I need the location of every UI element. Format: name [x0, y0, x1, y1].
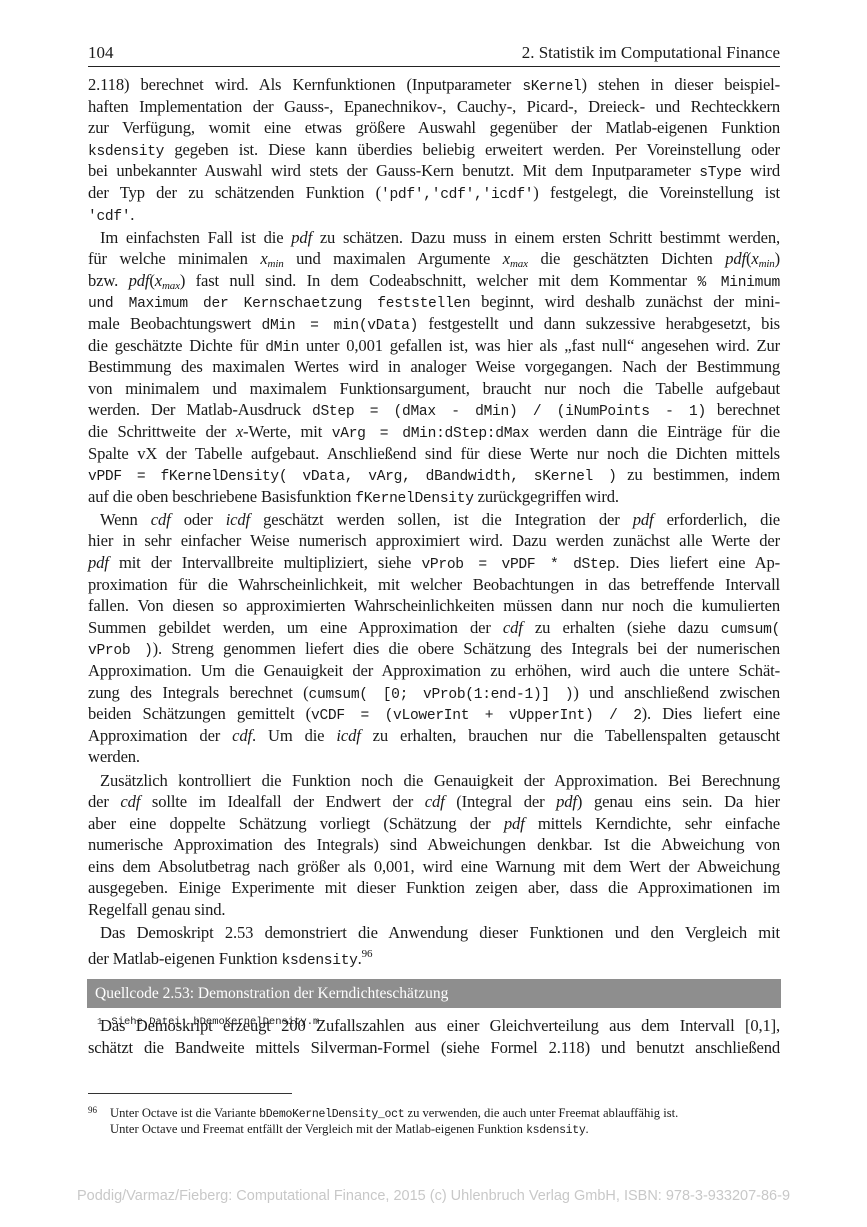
text-run: Spalte vX der Tabelle aufgebaut. Anschli… — [88, 444, 780, 463]
text-run: numerische Approximation des Integrals) … — [88, 835, 780, 854]
text-run: Approximation. Um die Genauigkeit der Ap… — [88, 661, 780, 680]
text-run: und maximalen Argumente — [284, 249, 503, 268]
math-symbol: pdf — [504, 814, 525, 833]
text-line: Approximation der cdf. Um die icdf zu er… — [88, 725, 780, 747]
inline-code: fKernelDensity — [355, 491, 473, 507]
footnote-line: 96Unter Octave ist die Variante bDemoKer… — [88, 1101, 780, 1120]
math-symbol: cdf — [232, 726, 252, 745]
math-symbol: pdf — [291, 228, 312, 247]
math-symbol: cdf — [425, 792, 445, 811]
text-line: vPDF = fKernelDensity( vData, vArg, dBan… — [88, 464, 780, 486]
text-line: für welche minimalen xmin und maximalen … — [88, 248, 780, 270]
text-run: schätzt die Bandweite mittels Silverman-… — [88, 1038, 780, 1057]
text-run: Approximation der — [88, 726, 232, 745]
text-line: Bestimmung des maximalen Wertes wird in … — [88, 356, 780, 378]
text-line: werden. Der Matlab-Ausdruck dStep = (dMa… — [88, 399, 780, 421]
text-run: 2.118) berechnet wird. Als Kernfunktione… — [88, 75, 522, 94]
inline-code: und Maximum der Kernschaetzung feststell… — [88, 296, 470, 312]
text-run: ) — [775, 249, 780, 268]
math-subscript: min — [759, 258, 775, 270]
text-line: ausgegeben. Einige Experimente mit diese… — [88, 877, 780, 899]
text-run: ) festgelegt, die Voreinstellung ist — [533, 183, 780, 202]
text-run: Unter Octave und Freemat entfällt der Ve… — [110, 1122, 526, 1136]
inline-code: dMin = min(vData) — [262, 318, 419, 334]
text-run: beginnt, wird deshalb zunächst der mini- — [470, 292, 780, 311]
text-run: ) stehen in dieser beispiel- — [582, 75, 780, 94]
text-line: Spalte vX der Tabelle aufgebaut. Anschli… — [88, 443, 780, 465]
inline-code: vCDF = (vLowerInt + vUpperInt) / 2 — [311, 708, 642, 724]
text-run: Summen gebildet werden, um eine Approxim… — [88, 618, 503, 637]
paragraph: Das Demoskript 2.53 demonstriert die Anw… — [88, 922, 780, 965]
inline-code: vProb ) — [88, 643, 153, 659]
math-subscript: max — [510, 258, 528, 270]
inline-code: vPDF = fKernelDensity( vData, vArg, dBan… — [88, 469, 617, 485]
text-run: gegeben ist. Diese kann überdies beliebi… — [164, 140, 780, 159]
inline-code: % Minimum — [697, 275, 780, 291]
text-run: ausgegeben. Einige Experimente mit diese… — [88, 878, 780, 897]
text-line: male Beobachtungswert dMin = min(vData) … — [88, 313, 780, 335]
text-run: beiden Schätzungen gemittelt ( — [88, 704, 311, 723]
inline-code: vArg = dMin:dStep:dMax — [332, 426, 529, 442]
text-run: (Integral der — [445, 792, 557, 811]
text-run: festgestellt und dann sukzessive herabge… — [418, 314, 780, 333]
text-run: Streng genommen liefert dies die obere S… — [162, 639, 780, 658]
text-run: der Matlab-eigenen Funktion — [88, 949, 282, 968]
inline-code: 'cdf' — [88, 209, 130, 225]
text-run: werden. — [88, 747, 140, 766]
inline-code: dMin — [265, 340, 299, 356]
text-run: ). Dies liefert eine — [642, 704, 780, 723]
text-run: Zusätzlich kontrolliert die Funktion noc… — [100, 771, 780, 790]
text-run: zung des Integrals berechnet ( — [88, 683, 309, 702]
math-symbol: x — [751, 249, 758, 268]
footnote-divider — [88, 1093, 292, 1094]
text-run: ) genau eins sein. Da hier — [577, 792, 780, 811]
math-symbol: x — [503, 249, 510, 268]
text-run: werden. Der Matlab-Ausdruck — [88, 400, 312, 419]
text-run: bzw. — [88, 271, 129, 290]
text-run: geschätzt werden sollen, ist die Integra… — [250, 510, 633, 529]
text-run: zu erhalten (siehe dazu — [523, 618, 721, 637]
math-symbol: x — [236, 422, 243, 441]
text-run: . — [130, 205, 134, 224]
math-symbol: pdf — [88, 553, 109, 572]
paragraph: Zusätzlich kontrolliert die Funktion noc… — [88, 770, 780, 921]
text-run: ) fast null sind. In dem Codeabschnitt, … — [180, 271, 698, 290]
text-run: für welche minimalen — [88, 249, 260, 268]
text-run: zu schätzen. Dazu muss in einem ersten S… — [312, 228, 780, 247]
text-run: auf die oben beschriebene Basisfunktion — [88, 487, 355, 506]
inline-code: sKernel — [522, 79, 581, 95]
text-line: 2.118) berechnet wird. Als Kernfunktione… — [88, 74, 780, 96]
text-line: eins dem Absolutbetrag nach größer als 0… — [88, 856, 780, 878]
text-line: werden. — [88, 746, 780, 768]
text-run: zu erhalten, brauchen nur die Tabellensp… — [361, 726, 780, 745]
text-line: von minimalem und maximalem Funktionsarg… — [88, 378, 780, 400]
text-run: der Typ der zu schätzenden Funktion ( — [88, 183, 381, 202]
text-run: proximation für die Wahrscheinlichkeit, … — [88, 575, 780, 594]
text-line: aber eine doppelte Schätzung vorliegt (S… — [88, 813, 780, 835]
text-run: zurückgegriffen wird. — [474, 487, 619, 506]
text-run: Das Demoskript 2.53 demonstriert die Anw… — [100, 923, 780, 942]
text-run: die geschätzte Dichte für — [88, 336, 265, 355]
text-line: 'cdf'. — [88, 204, 780, 226]
text-line: zur Verfügung, womit eine etwas größere … — [88, 117, 780, 139]
footnote-line: Unter Octave und Freemat entfällt der Ve… — [88, 1120, 780, 1139]
text-run: Das Demoskript erzeugt 200 Zufallszahlen… — [100, 1016, 780, 1035]
text-run: male Beobachtungswert — [88, 314, 262, 333]
text-run: berechnet — [706, 400, 780, 419]
math-symbol: x — [260, 249, 267, 268]
copyright-watermark: Poddig/Varmaz/Fieberg: Computational Fin… — [0, 1188, 867, 1204]
text-run: zu verwenden, die auch unter Freemat abl… — [404, 1106, 678, 1120]
inline-code: cumsum( — [721, 622, 780, 638]
math-symbol: icdf — [336, 726, 360, 745]
text-run: zur Verfügung, womit eine etwas größere … — [88, 118, 780, 137]
text-line: Wenn cdf oder icdf geschätzt werden soll… — [88, 509, 780, 531]
text-line: Approximation. Um die Genauigkeit der Ap… — [88, 660, 780, 682]
text-run: unter 0,001 gefallen ist, was hier als „… — [299, 336, 780, 355]
inline-code: dStep = (dMax - dMin) / (iNumPoints - 1) — [312, 404, 706, 420]
text-line: auf die oben beschriebene Basisfunktion … — [88, 486, 780, 508]
math-symbol: pdf — [556, 792, 577, 811]
inline-code: cumsum( [0; vProb(1:end-1)] ) — [309, 687, 574, 703]
text-line: Zusätzlich kontrolliert die Funktion noc… — [88, 770, 780, 792]
math-symbol: pdf — [633, 510, 654, 529]
text-run: eins dem Absolutbetrag nach größer als 0… — [88, 857, 780, 876]
text-run: Bestimmung des maximalen Wertes wird in … — [88, 357, 780, 376]
text-run: von minimalem und maximalem Funktionsarg… — [88, 379, 780, 398]
text-line: zung des Integrals berechnet (cumsum( [0… — [88, 682, 780, 704]
text-run: oder — [171, 510, 226, 529]
text-line: Regelfall genau sind. — [88, 899, 780, 921]
inline-code: vProb = vPDF * dStep — [421, 557, 615, 573]
text-run: mittels Kerndichte, sehr einfache — [525, 814, 780, 833]
page-number: 104 — [88, 43, 114, 63]
text-line: Im einfachsten Fall ist die pdf zu schät… — [88, 227, 780, 249]
text-run: die geschätzten Dichten — [528, 249, 725, 268]
text-line: proximation für die Wahrscheinlichkeit, … — [88, 574, 780, 596]
text-line: Das Demoskript 2.53 demonstriert die Anw… — [88, 922, 780, 944]
body-text: 2.118) berechnet wird. Als Kernfunktione… — [88, 74, 780, 967]
text-line: Das Demoskript erzeugt 200 Zufallszahlen… — [88, 1015, 780, 1037]
text-line: numerische Approximation des Integrals) … — [88, 834, 780, 856]
text-run: aber eine doppelte Schätzung vorliegt (S… — [88, 814, 504, 833]
text-run: zu bestimmen, indem — [617, 465, 780, 484]
text-run: Unter Octave ist die Variante — [110, 1106, 259, 1120]
footnote-number: 96 — [88, 1101, 110, 1120]
running-head: 2. Statistik im Computational Finance — [522, 43, 780, 63]
text-line: hier in sehr einfacher Weise numerisch a… — [88, 530, 780, 552]
text-line: fallen. Von diesen so approximierten Wah… — [88, 595, 780, 617]
inline-code: ksdensity — [526, 1124, 585, 1137]
math-symbol: x — [155, 271, 162, 290]
inline-code: ksdensity — [282, 953, 358, 969]
text-run: ). — [153, 639, 162, 658]
page-header: 104 2. Statistik im Computational Financ… — [88, 42, 780, 67]
text-line: die geschätzte Dichte für dMin unter 0,0… — [88, 335, 780, 357]
text-run: ) und anschließend zwischen — [573, 683, 780, 702]
inline-code: ksdensity — [88, 144, 164, 160]
text-run: -Werte, mit — [243, 422, 332, 441]
text-run: werden dann die Einträge für die — [529, 422, 780, 441]
text-run: erforderlich, die — [653, 510, 780, 529]
footnote-reference: 96 — [362, 948, 373, 960]
text-run: hier in sehr einfacher Weise numerisch a… — [88, 531, 780, 550]
text-line: beiden Schätzungen gemittelt (vCDF = (vL… — [88, 703, 780, 725]
math-subscript: max — [162, 280, 180, 292]
paragraph: Wenn cdf oder icdf geschätzt werden soll… — [88, 509, 780, 768]
paragraph: Im einfachsten Fall ist die pdf zu schät… — [88, 227, 780, 508]
text-run: Im einfachsten Fall ist die — [100, 228, 291, 247]
text-run: wird — [742, 161, 780, 180]
text-run: . Um die — [252, 726, 336, 745]
text-run: . Dies liefert eine Ap- — [615, 553, 780, 572]
text-run: der — [88, 792, 120, 811]
text-run: Wenn — [100, 510, 151, 529]
text-run: mit der Intervallbreite multipliziert, s… — [109, 553, 422, 572]
text-line: die Schrittweite der x-Werte, mit vArg =… — [88, 421, 780, 443]
after-code-paragraph: Das Demoskript erzeugt 200 Zufallszahlen… — [88, 1015, 780, 1058]
text-line: der cdf sollte im Idealfall der Endwert … — [88, 791, 780, 813]
math-symbol: cdf — [151, 510, 171, 529]
math-symbol: icdf — [226, 510, 250, 529]
code-listing-caption: Quellcode 2.53: Demonstration der Kerndi… — [87, 979, 781, 1008]
text-line: haften Implementation der Gauss-, Epanec… — [88, 96, 780, 118]
text-run: haften Implementation der Gauss-, Epanec… — [88, 97, 780, 116]
math-symbol: pdf — [129, 271, 150, 290]
math-symbol: cdf — [503, 618, 523, 637]
text-run: die Schrittweite der — [88, 422, 236, 441]
inline-code: 'pdf','cdf','icdf' — [381, 187, 533, 203]
footnote: 96Unter Octave ist die Variante bDemoKer… — [88, 1101, 780, 1139]
text-run: Regelfall genau sind. — [88, 900, 225, 919]
text-line: bzw. pdf(xmax) fast null sind. In dem Co… — [88, 270, 780, 292]
text-line: bei unbekannter Auswahl wird stets der G… — [88, 160, 780, 182]
math-symbol: pdf — [725, 249, 746, 268]
text-line: der Matlab-eigenen Funktion ksdensity.96 — [88, 944, 780, 966]
math-symbol: cdf — [120, 792, 140, 811]
text-line: pdf mit der Intervallbreite multiplizier… — [88, 552, 780, 574]
paragraph: 2.118) berechnet wird. Als Kernfunktione… — [88, 74, 780, 225]
text-line: vProb )). Streng genommen liefert dies d… — [88, 638, 780, 660]
text-line: Summen gebildet werden, um eine Approxim… — [88, 617, 780, 639]
text-run: . — [585, 1122, 588, 1136]
inline-code: sType — [699, 165, 741, 181]
text-line: der Typ der zu schätzenden Funktion ('pd… — [88, 182, 780, 204]
text-line: ksdensity gegeben ist. Diese kann überdi… — [88, 139, 780, 161]
text-run: bei unbekannter Auswahl wird stets der G… — [88, 161, 699, 180]
text-run: fallen. Von diesen so approximierten Wah… — [88, 596, 780, 615]
text-line: schätzt die Bandweite mittels Silverman-… — [88, 1037, 780, 1059]
text-line: und Maximum der Kernschaetzung feststell… — [88, 291, 780, 313]
math-subscript: min — [268, 258, 284, 270]
text-run: sollte im Idealfall der Endwert der — [140, 792, 425, 811]
